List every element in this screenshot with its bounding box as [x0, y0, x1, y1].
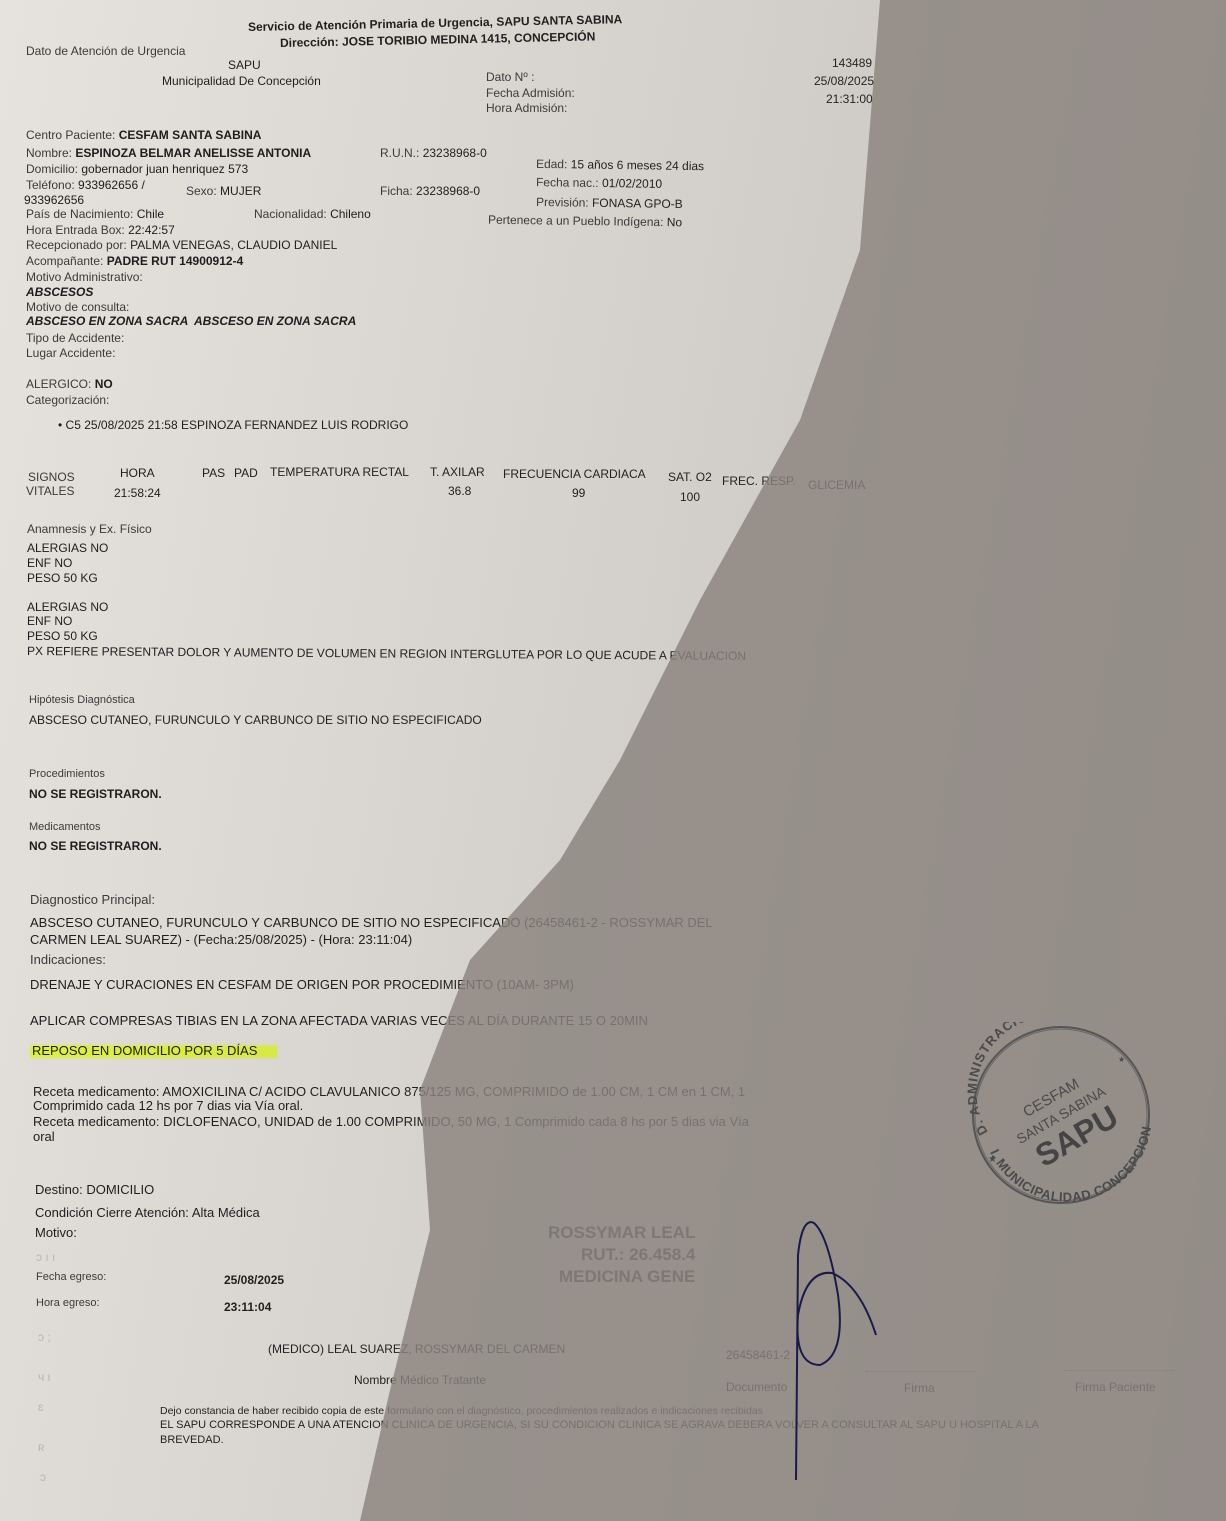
nombre-value: ESPINOZA BELMAR ANELISSE ANTONIA	[75, 146, 311, 160]
bleed-through-mark: ɔ ;	[38, 1330, 51, 1344]
motivo-admin-value: ABSCESOS	[26, 285, 93, 299]
vitals-hora-value: 21:58:24	[114, 486, 161, 500]
nacionalidad-value: Chileno	[330, 207, 371, 221]
firma-paciente-label: Firma Paciente	[1075, 1380, 1156, 1394]
vitals-col-temp-rectal: TEMPERATURA RECTAL	[270, 465, 409, 479]
ficha-label: Ficha:	[380, 184, 413, 198]
hora-admision-label: Hora Admisión:	[486, 101, 567, 115]
vitals-col-frec-cardiaca: FRECUENCIA CARDIACA	[503, 467, 646, 481]
fecha-nac-value: 01/02/2010	[602, 176, 662, 191]
medico-label: Nombre Médico Tratante	[354, 1373, 486, 1387]
medicamentos-value: NO SE REGISTRARON.	[29, 839, 162, 853]
doctor-seal: ROSSYMAR LEAL RUT.: 26.458.4 MEDICINA GE…	[548, 1222, 695, 1288]
vitals-row-label-2: VITALES	[26, 484, 74, 498]
edad-value: 15 años 6 meses 24 dias	[571, 157, 705, 173]
motivo-cierre-label: Motivo:	[35, 1225, 77, 1240]
receta-line: Comprimido cada 12 hs por 7 dias via Vía…	[33, 1098, 303, 1113]
disclaimer-line: EL SAPU CORRESPONDE A UNA ATENCION CLINI…	[160, 1419, 1039, 1431]
alergico-value: NO	[95, 377, 113, 391]
bleed-through-mark: ɔ	[40, 1470, 46, 1484]
disclaimer-line: BREVEDAD.	[160, 1434, 224, 1446]
lugar-accidente-label: Lugar Accidente:	[26, 346, 115, 360]
indicaciones-label: Indicaciones:	[30, 952, 106, 967]
recepcionado-value: PALMA VENEGAS, CLAUDIO DANIEL	[130, 238, 337, 252]
sexo-label: Sexo:	[186, 184, 217, 198]
domicilio-value: gobernador juan henriquez 573	[81, 162, 248, 176]
bleed-through-mark: ɔ ı ı	[36, 1250, 55, 1264]
hora-box-value: 22:42:57	[128, 223, 175, 237]
fecha-nac-label: Fecha nac.:	[536, 175, 599, 190]
categorizacion-item: • C5 25/08/2025 21:58 ESPINOZA FERNANDEZ…	[58, 418, 408, 432]
indicacion-item: DRENAJE Y CURACIONES EN CESFAM DE ORIGEN…	[30, 977, 574, 992]
hipotesis-label: Hipótesis Diagnóstica	[29, 694, 135, 706]
indicacion-item: APLICAR COMPRESAS TIBIAS EN LA ZONA AFEC…	[30, 1013, 648, 1028]
bleed-through-mark: ɛ	[38, 1400, 44, 1414]
vitals-frec-cardiaca-value: 99	[572, 486, 585, 500]
firma-label: Firma	[904, 1381, 935, 1395]
hora-box-label: Hora Entrada Box:	[26, 223, 125, 237]
motivo-consulta-label: Motivo de consulta:	[26, 300, 129, 314]
nacionalidad-label: Nacionalidad:	[254, 207, 327, 221]
ficha-value: 23238968-0	[416, 184, 480, 198]
org-municipality: Municipalidad De Concepción	[162, 74, 321, 88]
dato-value: 143489	[832, 56, 872, 70]
pueblo-value: No	[667, 215, 683, 229]
sapu-stamp: D. ADMINISTRACION I. MUNICIPALIDAD CONCE…	[966, 1022, 1156, 1208]
domicilio-label: Domicilio:	[26, 162, 78, 176]
vitals-col-hora: HORA	[120, 466, 155, 480]
anamnesis-line: ALERGIAS NO	[27, 541, 108, 555]
org-name: SAPU	[228, 58, 261, 72]
fecha-egreso-label: Fecha egreso:	[36, 1271, 106, 1283]
document-type: Dato de Atención de Urgencia	[26, 44, 185, 58]
anamnesis-line: ENF NO	[27, 556, 72, 570]
procedimientos-label: Procedimientos	[29, 768, 105, 780]
tipo-accidente-label: Tipo de Accidente:	[26, 331, 124, 345]
prevision-value: FONASA GPO-B	[592, 196, 683, 211]
hipotesis-value: ABSCESO CUTANEO, FURUNCULO Y CARBUNCO DE…	[29, 713, 482, 727]
anamnesis-line: ENF NO	[27, 614, 72, 628]
telefono-value-2: 933962656	[24, 193, 84, 207]
vitals-col-pad: PAD	[234, 466, 258, 480]
anamnesis-line: ALERGIAS NO	[27, 600, 108, 614]
bleed-through-mark: ʀ	[38, 1440, 45, 1454]
anamnesis-line: PESO 50 KG	[27, 571, 98, 585]
receta-line: Receta medicamento: AMOXICILINA C/ ACIDO…	[33, 1084, 745, 1099]
recepcionado-label: Recepcionado por:	[26, 238, 127, 252]
categorizacion-label: Categorización:	[26, 393, 109, 407]
fecha-admision-label: Fecha Admisión:	[486, 86, 575, 100]
pais-value: Chile	[137, 207, 164, 221]
run-label: R.U.N.:	[380, 146, 419, 160]
condicion-label: Condición Cierre Atención:	[35, 1205, 189, 1220]
nombre-label: Nombre:	[26, 146, 72, 160]
diagnostico-label: Diagnostico Principal:	[30, 892, 155, 907]
disclaimer-line: Dejo constancia de haber recibido copia …	[160, 1405, 763, 1417]
receta-line: oral	[33, 1129, 55, 1144]
destino-label: Destino:	[35, 1182, 83, 1197]
prevision-label: Previsión:	[536, 195, 589, 210]
vitals-col-t-axilar: T. AXILAR	[430, 465, 485, 479]
vitals-sat-o2-value: 100	[680, 490, 700, 504]
telefono-value-1: 933962656 /	[78, 178, 145, 192]
vitals-t-axilar-value: 36.8	[448, 484, 471, 498]
run-value: 23238968-0	[423, 146, 487, 160]
service-address: Dirección: JOSE TORIBIO MEDINA 1415, CON…	[280, 29, 596, 50]
svg-text:★: ★	[988, 1154, 997, 1165]
vitals-col-pas: PAS	[202, 466, 225, 480]
hora-egreso-label: Hora egreso:	[36, 1297, 100, 1309]
medicamentos-label: Medicamentos	[29, 821, 101, 833]
centro-label: Centro Paciente:	[26, 128, 115, 142]
documento-label: Documento	[726, 1380, 787, 1394]
hora-egreso-value: 23:11:04	[224, 1300, 271, 1314]
vitals-col-sat-o2: SAT. O2	[668, 470, 712, 484]
diagnostico-line-1: ABSCESO CUTANEO, FURUNCULO Y CARBUNCO DE…	[30, 915, 713, 930]
motivo-admin-label: Motivo Administrativo:	[26, 270, 143, 284]
motivo-consulta-value: ABSCESO EN ZONA SACRA ABSCESO EN ZONA SA…	[26, 314, 356, 328]
dato-label: Dato Nº :	[486, 70, 534, 84]
firma-paciente-line	[1064, 1370, 1174, 1371]
condicion-value: Alta Médica	[192, 1205, 260, 1220]
vitals-col-glicemia: GLICEMIA	[808, 478, 865, 492]
fecha-egreso-value: 25/08/2025	[224, 1273, 284, 1287]
diagnostico-line-2: CARMEN LEAL SUAREZ) - (Fecha:25/08/2025)…	[30, 932, 412, 947]
acompanante-label: Acompañante:	[26, 254, 103, 268]
hora-admision-value: 21:31:00	[826, 92, 873, 106]
medico-value: (MEDICO) LEAL SUAREZ, ROSSYMAR DEL CARME…	[268, 1342, 565, 1356]
anamnesis-line: PX REFIERE PRESENTAR DOLOR Y AUMENTO DE …	[27, 644, 746, 663]
alergico-label: ALERGICO:	[26, 377, 91, 391]
anamnesis-line: PESO 50 KG	[27, 629, 98, 643]
acompanante-value: PADRE RUT 14900912-4	[107, 254, 244, 268]
vitals-row-label-1: SIGNOS	[28, 470, 75, 484]
bleed-through-mark: ч ι	[38, 1370, 50, 1384]
telefono-label: Teléfono:	[26, 178, 75, 192]
centro-value: CESFAM SANTA SABINA	[119, 128, 262, 142]
procedimientos-value: NO SE REGISTRARON.	[29, 787, 162, 801]
sexo-value: MUJER	[220, 184, 261, 198]
destino-value: DOMICILIO	[86, 1182, 154, 1197]
receta-line: Receta medicamento: DICLOFENACO, UNIDAD …	[33, 1114, 749, 1129]
fecha-admision-value: 25/08/2025	[814, 74, 874, 88]
pueblo-label: Pertenece a un Pueblo Indígena:	[488, 213, 664, 229]
anamnesis-label: Anamnesis y Ex. Físico	[27, 522, 152, 536]
edad-label: Edad:	[536, 157, 568, 171]
vitals-col-frec-resp: FREC. RESP.	[722, 474, 796, 488]
indicacion-item-highlighted: REPOSO EN DOMICILIO POR 5 DÍAS	[30, 1041, 277, 1060]
svg-text:★: ★	[1118, 1055, 1125, 1064]
doctor-signature	[780, 1215, 890, 1485]
pais-label: País de Nacimiento:	[26, 207, 133, 221]
